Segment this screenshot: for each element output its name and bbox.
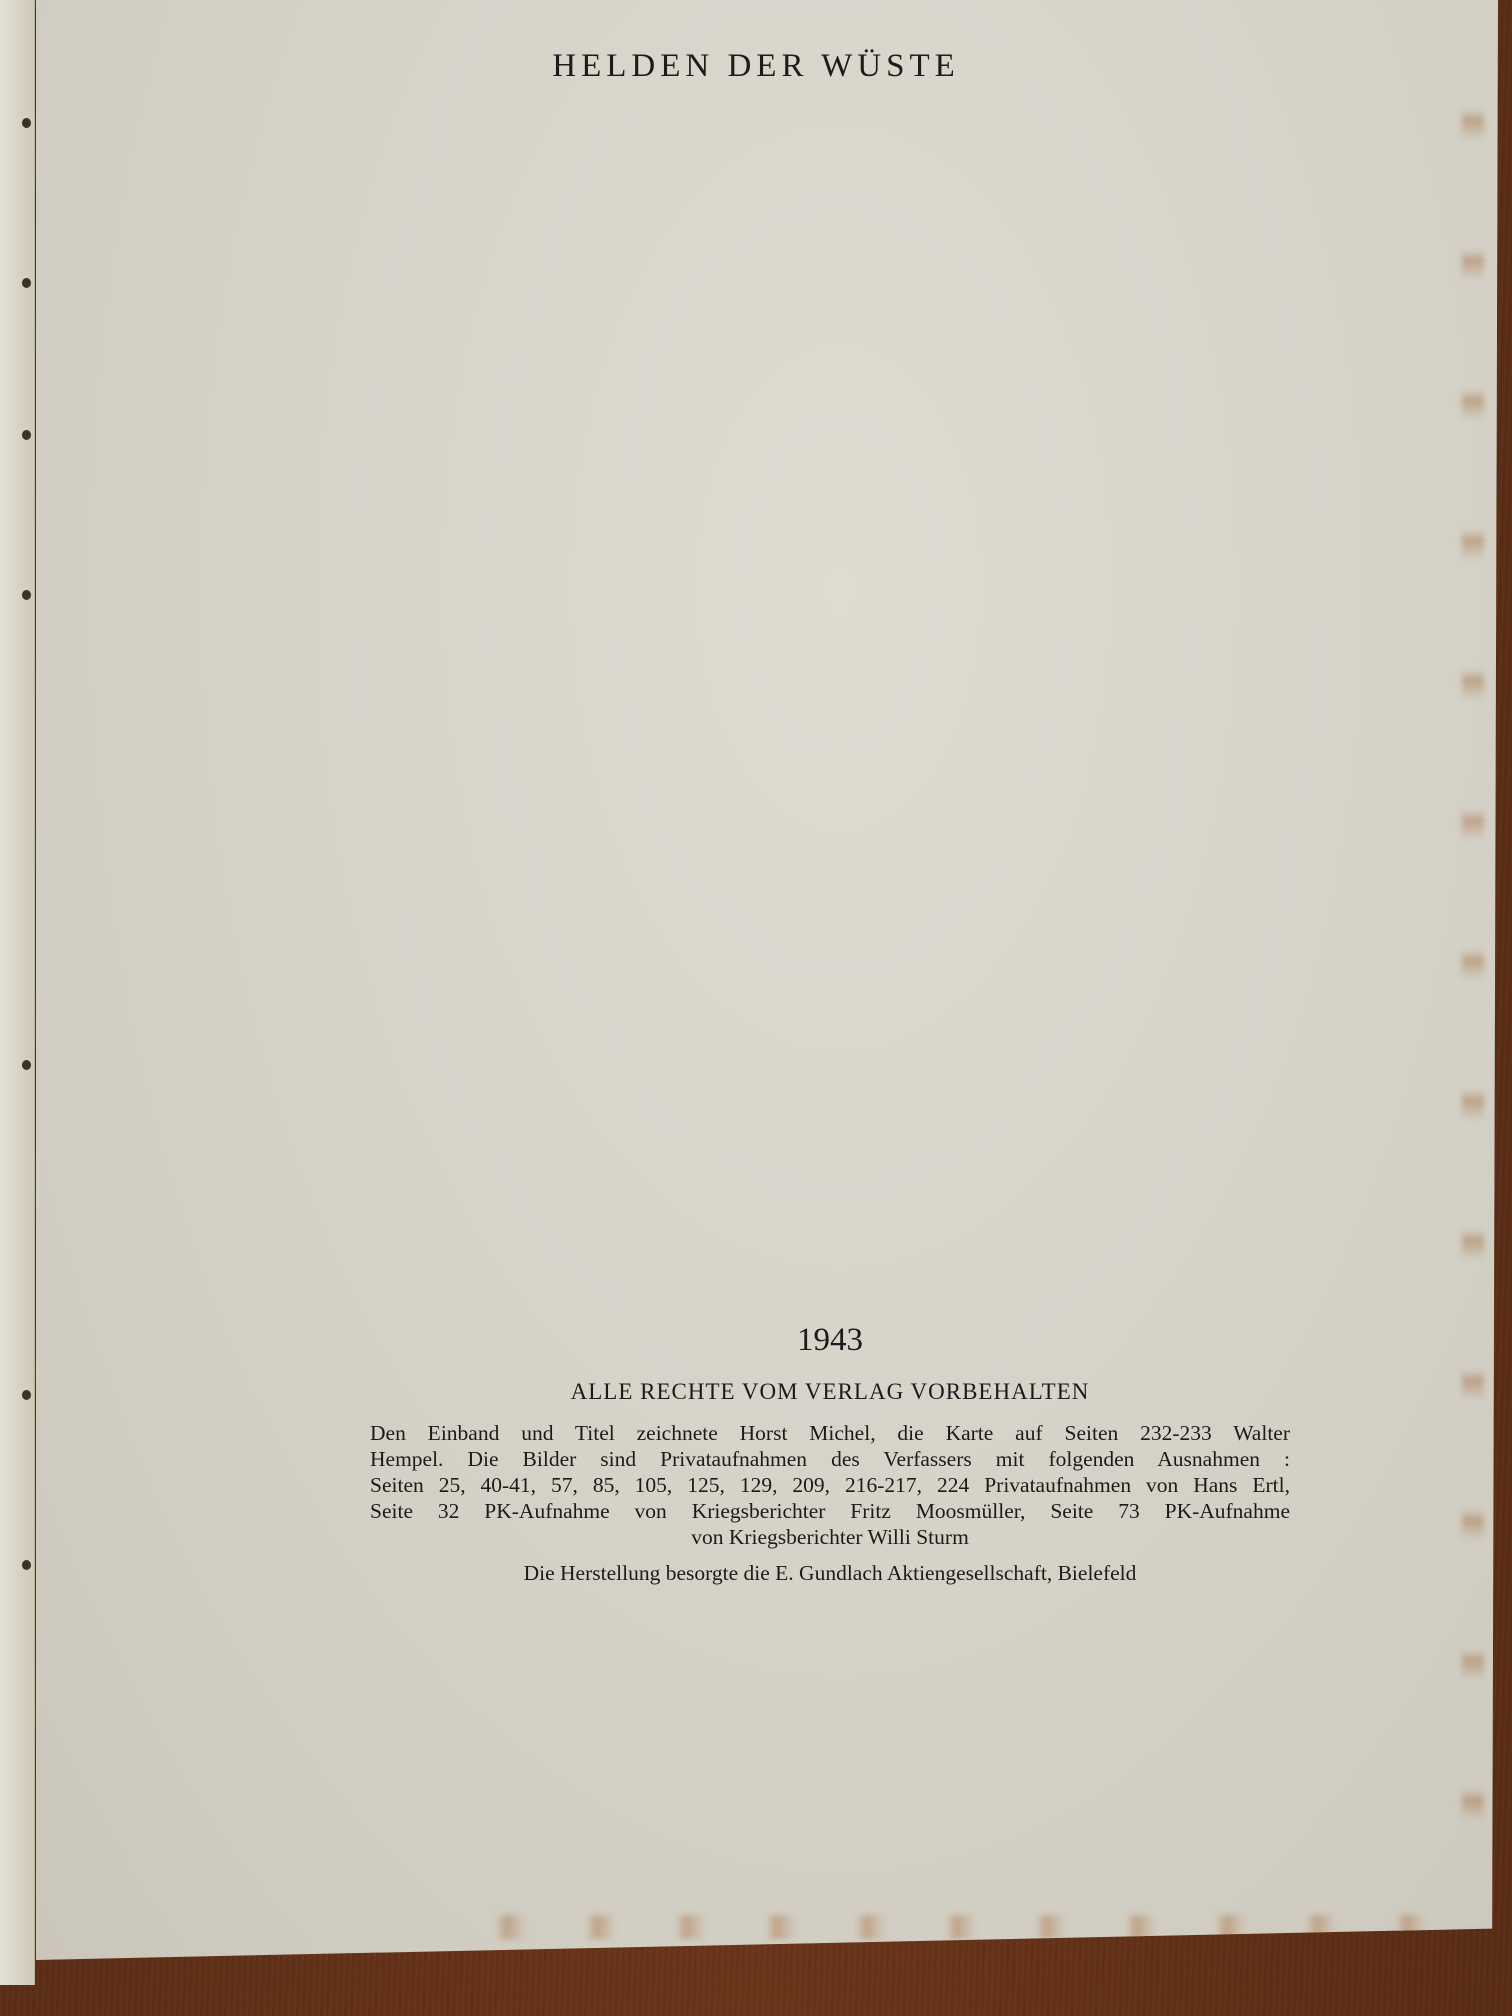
rights-notice: ALLE RECHTE VOM VERLAG VORBEHALTEN bbox=[370, 1378, 1290, 1406]
binding-stitch bbox=[22, 590, 31, 600]
binding-stitch bbox=[22, 1560, 31, 1570]
credits-line: von Kriegsberichter Willi Sturm bbox=[370, 1524, 1290, 1550]
imprint-block: 1943 ALLE RECHTE VOM VERLAG VORBEHALTEN … bbox=[370, 1320, 1290, 1586]
credits-line: Seite 32 PK-Aufnahme von Kriegsberichter… bbox=[370, 1498, 1290, 1524]
book-binding-edge bbox=[0, 0, 35, 1985]
credits-paragraph: Den Einband und Titel zeichnete Horst Mi… bbox=[370, 1420, 1290, 1550]
credits-line: Hempel. Die Bilder sind Privataufnahmen … bbox=[370, 1446, 1290, 1472]
page-foxing-right bbox=[1462, 0, 1484, 1960]
credits-line: Seiten 25, 40-41, 57, 85, 105, 125, 129,… bbox=[370, 1472, 1290, 1498]
binding-stitch bbox=[22, 430, 31, 440]
running-title: HELDEN DER WÜSTE bbox=[0, 48, 1512, 85]
production-note: Die Herstellung besorgte die E. Gundlach… bbox=[370, 1560, 1290, 1586]
binding-stitch bbox=[22, 1060, 31, 1070]
binding-stitch bbox=[22, 118, 31, 128]
publication-year: 1943 bbox=[370, 1320, 1290, 1360]
book-page bbox=[36, 0, 1498, 1960]
binding-stitch bbox=[22, 1390, 31, 1400]
binding-stitch bbox=[22, 278, 31, 288]
credits-line: Den Einband und Titel zeichnete Horst Mi… bbox=[370, 1420, 1290, 1446]
